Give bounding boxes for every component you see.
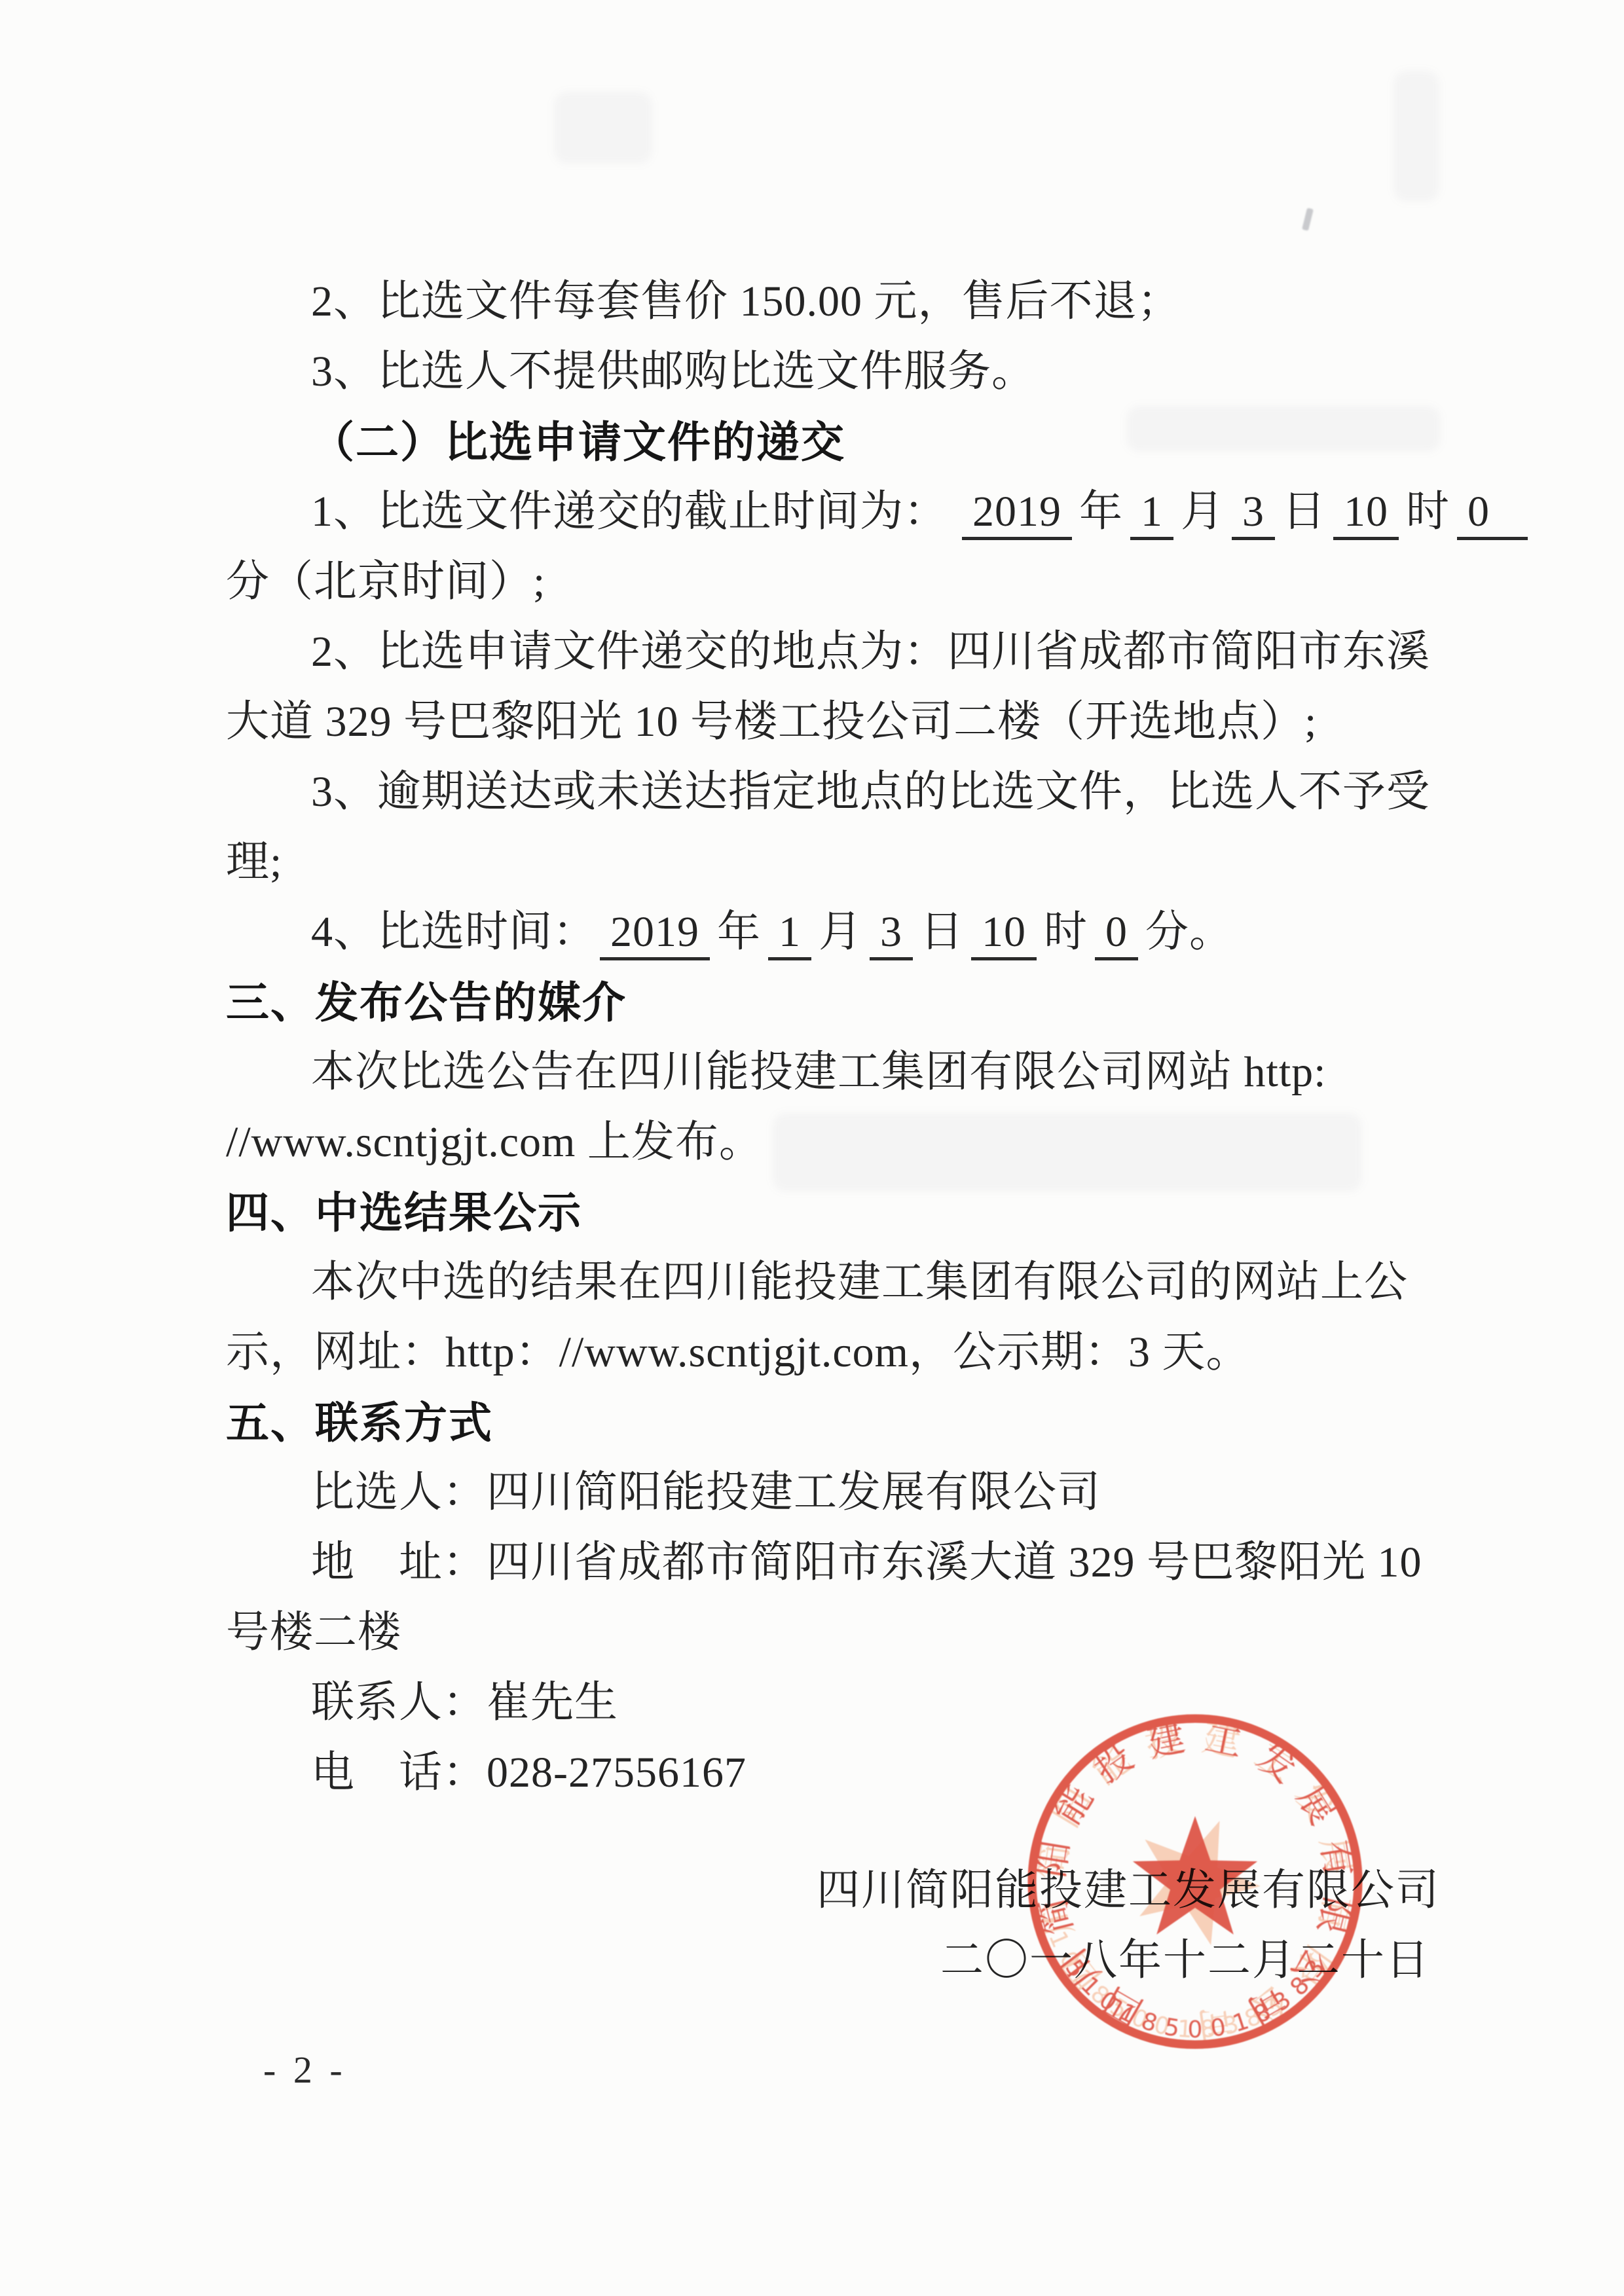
overdue-text-2: 理; (226, 838, 282, 886)
line-result-1: 本次中选的结果在四川能投建工集团有限公司的网站上公 (226, 1261, 1408, 1304)
line-selection-time: 4、比选时间：2019年1月3日10时0分。 (226, 911, 1237, 960)
submission-heading-text: （二）比选申请文件的递交 (311, 418, 845, 466)
svg-text:能: 能 (1046, 1778, 1102, 1832)
place-text-1: 2、比选申请文件递交的地点为：四川省成都市简阳市东溪 (311, 628, 1430, 676)
svg-text:投: 投 (1086, 1736, 1141, 1792)
svg-text:展: 展 (1288, 1778, 1344, 1832)
media-text-1: 本次比选公告在四川能投建工集团有限公司网站 http: (311, 1048, 1327, 1096)
svg-text:工: 工 (1247, 1734, 1301, 1790)
result-heading-text: 四、中选结果公示 (226, 1188, 582, 1237)
time-hour-unit: 时 (1040, 908, 1092, 956)
contact-person-text: 联系人：崔先生 (311, 1679, 618, 1726)
deadline-hour-unit: 时 (1402, 488, 1454, 536)
time-month-unit: 月 (815, 908, 866, 956)
svg-text:投: 投 (1141, 1717, 1187, 1767)
line-result-2: 示，网址：http：//www.scntjgjt.com，公示期：3 天。 (226, 1331, 1250, 1374)
time-day-unit: 日 (916, 908, 968, 956)
deadline-month: 1 (1130, 490, 1173, 540)
svg-text:1: 1 (1115, 1998, 1141, 2029)
heading-contact: 五、联系方式 (226, 1401, 493, 1444)
line-no-mail-order: 3、比选人不提供邮购比选文件服务。 (226, 350, 1035, 393)
deadline-hour: 10 (1333, 490, 1399, 540)
deadline-day: 3 (1232, 490, 1275, 540)
line-submission-deadline: 1、比选文件递交的截止时间为：2019年1月3日10时0 (226, 490, 1531, 540)
contact-heading-text: 五、联系方式 (226, 1398, 493, 1447)
heading-submission: （二）比选申请文件的递交 (226, 420, 845, 464)
svg-text:建: 建 (1199, 1717, 1243, 1765)
svg-text:5: 5 (1105, 1994, 1132, 2024)
place-text-2: 大道 329 号巴黎阳光 10 号楼工投公司二楼（开选地点）; (226, 698, 1317, 746)
deadline-minute: 0 (1457, 490, 1528, 540)
media-heading-text: 三、发布公告的媒介 (226, 978, 627, 1027)
result-text-1: 本次中选的结果在四川能投建工集团有限公司的网站上公 (311, 1258, 1408, 1306)
page-number: - 2 - (263, 2048, 346, 2092)
line-contact-person: 联系人：崔先生 (226, 1681, 618, 1724)
svg-text:0: 0 (1128, 2004, 1152, 2035)
contact-phone-text: 电 话：028-27556167 (311, 1749, 747, 1796)
scan-smudge (1126, 406, 1441, 452)
time-month: 1 (768, 911, 811, 960)
line-overdue-1: 3、逾期送达或未送达指定地点的比选文件，比选人不予受 (226, 771, 1430, 814)
svg-text:能: 能 (1084, 1738, 1139, 1793)
svg-text:发: 发 (1249, 1736, 1304, 1792)
signature-date: 二〇一八年十二月二十日 (940, 1925, 1430, 1987)
signature-date-text: 二〇一八年十二月二十日 (940, 1937, 1430, 1984)
time-year-unit: 年 (713, 908, 765, 956)
svg-text:3: 3 (1260, 1992, 1287, 2023)
svg-text:0: 0 (1094, 1986, 1122, 2017)
line-submission-place-1: 2、比选申请文件递交的地点为：四川省成都市简阳市东溪 (226, 630, 1430, 674)
svg-text:发: 发 (1287, 1776, 1342, 1831)
svg-text:8: 8 (1200, 2015, 1217, 2043)
fee-text: 2、比选文件每套售价 150.00 元，售后不退； (311, 278, 1181, 325)
line-submission-place-2: 大道 329 号巴黎阳光 10 号楼工投公司二楼（开选地点）; (226, 701, 1317, 744)
line-deadline-carry: 分（北京时间）; (226, 560, 545, 604)
scan-smudge (773, 1113, 1362, 1192)
svg-text:阳: 阳 (1045, 1781, 1101, 1834)
heading-media: 三、发布公告的媒介 (226, 981, 627, 1024)
line-media-1: 本次比选公告在四川能投建工集团有限公司网站 http: (226, 1051, 1327, 1094)
svg-text:1: 1 (1176, 2016, 1193, 2043)
svg-text:工: 工 (1202, 1717, 1246, 1766)
deadline-label: 1、比选文件递交的截止时间为： (311, 488, 948, 536)
svg-text:3: 3 (1221, 2011, 1242, 2040)
time-day: 3 (870, 911, 913, 960)
line-media-2: //www.scntjgjt.com 上发布。 (226, 1121, 763, 1164)
contact-address-text-1: 地 址：四川省成都市简阳市东溪大道 329 号巴黎阳光 10 (311, 1539, 1422, 1586)
document-page: 2、比选文件每套售价 150.00 元，售后不退； 3、比选人不提供邮购比选文件… (0, 0, 1624, 2296)
deadline-year: 2019 (962, 490, 1072, 540)
line-contact-org: 比选人：四川简阳能投建工发展有限公司 (226, 1471, 1101, 1514)
contact-org-text: 比选人：四川简阳能投建工发展有限公司 (311, 1468, 1101, 1516)
deadline-month-unit: 月 (1177, 488, 1228, 536)
result-text-2: 示，网址：http：//www.scntjgjt.com，公示期：3 天。 (226, 1328, 1250, 1376)
line-contact-phone: 电 话：028-27556167 (226, 1751, 747, 1795)
deadline-carry-text: 分（北京时间）; (226, 558, 545, 606)
heading-result: 四、中选结果公示 (226, 1191, 582, 1234)
svg-text:3: 3 (1268, 1986, 1297, 2017)
scan-smudge (554, 92, 652, 164)
svg-text:0: 0 (1209, 2014, 1228, 2043)
svg-text:0: 0 (1151, 2011, 1172, 2041)
svg-text:8: 8 (1241, 2003, 1265, 2033)
time-hour: 10 (971, 911, 1037, 960)
line-document-fee: 2、比选文件每套售价 150.00 元，售后不退； (226, 280, 1181, 323)
signature-company-text: 四川简阳能投建工发展有限公司 (817, 1867, 1440, 1914)
line-overdue-2: 理; (226, 841, 282, 884)
time-minute: 0 (1095, 911, 1138, 960)
time-label: 4、比选时间： (311, 908, 597, 956)
svg-text:8: 8 (1249, 1998, 1275, 2029)
contact-address-text-2: 号楼二楼 (226, 1609, 401, 1656)
svg-text:司: 司 (1194, 1999, 1236, 2047)
line-contact-address-1: 地 址：四川省成都市简阳市东溪大道 329 号巴黎阳光 10 (226, 1541, 1422, 1584)
scan-mark (1302, 208, 1314, 230)
svg-text:8: 8 (1138, 2007, 1160, 2037)
svg-text:1: 1 (1230, 2007, 1252, 2037)
deadline-day-unit: 日 (1278, 488, 1330, 536)
deadline-year-unit: 年 (1075, 488, 1127, 536)
svg-text:建: 建 (1144, 1717, 1189, 1766)
overdue-text-1: 3、逾期送达或未送达指定地点的比选文件，比选人不予受 (311, 768, 1430, 816)
svg-text:5: 5 (1162, 2014, 1181, 2043)
media-text-2: //www.scntjgjt.com 上发布。 (226, 1118, 763, 1166)
time-minute-unit: 分。 (1141, 908, 1237, 956)
line-contact-address-2: 号楼二楼 (226, 1611, 401, 1654)
time-year: 2019 (600, 911, 710, 960)
scan-smudge (1393, 71, 1439, 202)
page-number-text: - 2 - (263, 2049, 346, 2091)
no-mail-text: 3、比选人不提供邮购比选文件服务。 (311, 348, 1035, 395)
signature-company: 四川简阳能投建工发展有限公司 (817, 1855, 1440, 1917)
svg-text:0: 0 (1188, 2016, 1203, 2043)
